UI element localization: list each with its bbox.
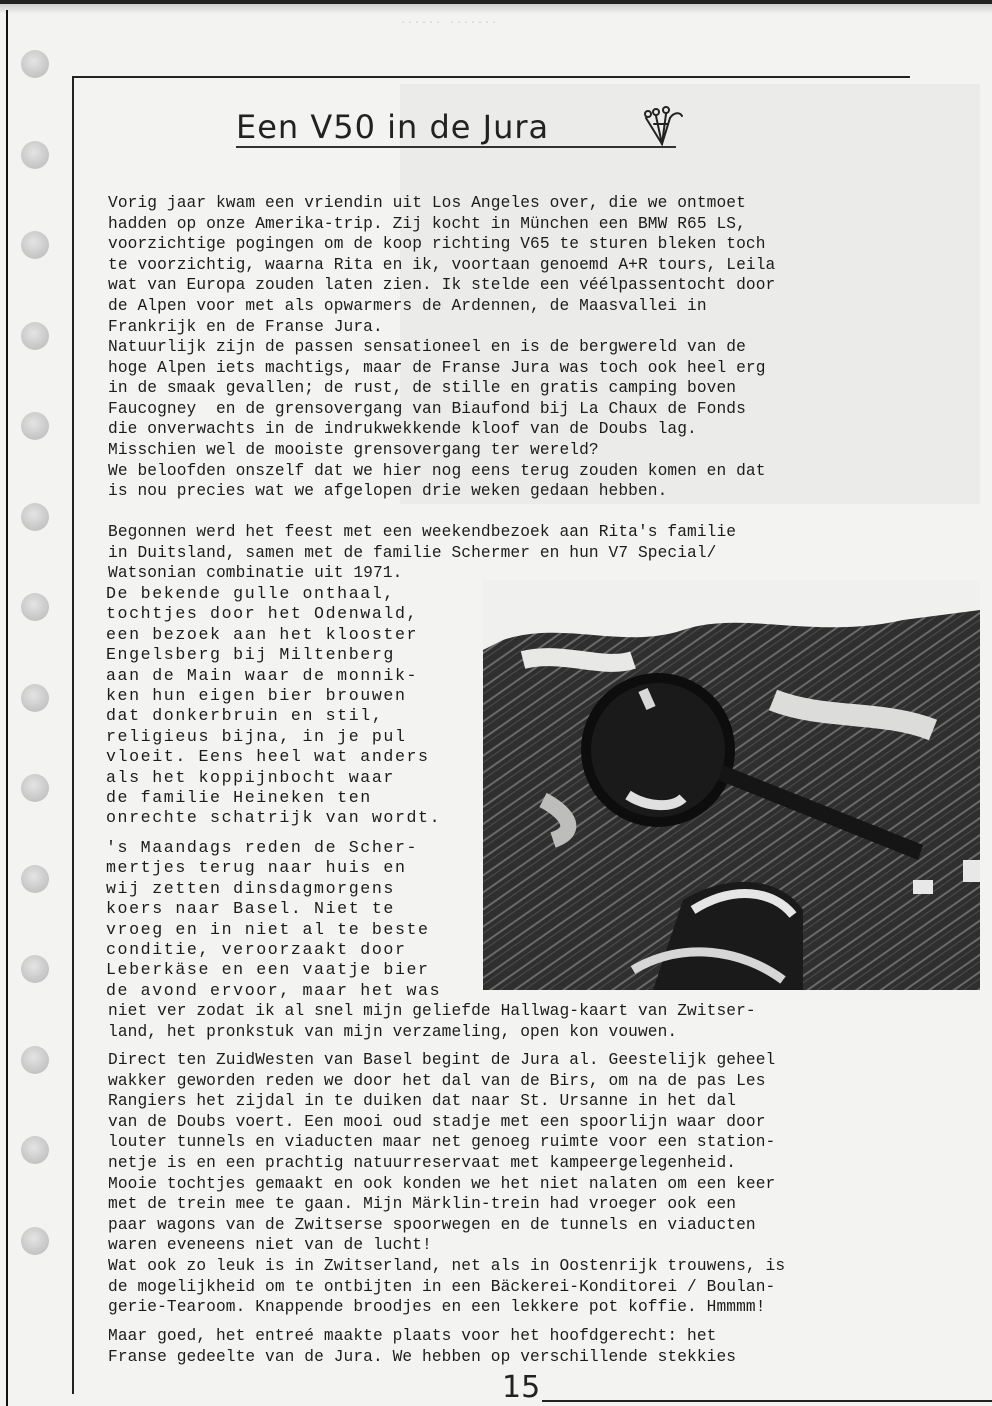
- text-line: Natuurlijk zijn de passen sensationeel e…: [108, 337, 766, 358]
- text-line: de avond ervoor, maar het was: [106, 981, 441, 1001]
- binder-hole: [21, 1046, 49, 1074]
- text-line: hoge Alpen iets machtigs, maar de Franse…: [108, 358, 766, 379]
- text-line: Wat ook zo leuk is in Zwitserland, net a…: [108, 1256, 785, 1277]
- text-line: Mooie tochtjes gemaakt en ook konden we …: [108, 1174, 785, 1195]
- text-line: hadden op onze Amerika-trip. Zij kocht i…: [108, 214, 775, 235]
- text-line: aan de Main waar de monnik-: [106, 666, 441, 686]
- text-line: conditie, veroorzaakt door: [106, 940, 441, 960]
- binder-hole: [21, 50, 49, 78]
- text-line: mertjes terug naar huis en: [106, 858, 441, 878]
- text-line: in de smaak gevallen; de rust, de stille…: [108, 378, 766, 399]
- text-line: de familie Heineken ten: [106, 788, 441, 808]
- text-line: Frankrijk en de Franse Jura.: [108, 317, 775, 338]
- paragraph-intro: Vorig jaar kwam een vriendin uit Los Ang…: [108, 193, 775, 337]
- frame-left-rule: [72, 76, 74, 1394]
- text-line: wat van Europa zouden laten zien. Ik ste…: [108, 275, 775, 296]
- page-number: 15: [502, 1370, 540, 1405]
- paragraph-main-course: Maar goed, het entreé maakte plaats voor…: [108, 1326, 736, 1367]
- text-line: gerie-Tearoom. Knappende broodjes en een…: [108, 1297, 785, 1318]
- column-text-family-visit: De bekende gulle onthaal,tochtjes door h…: [106, 584, 441, 829]
- article-title: Een V50 in de Jura: [236, 108, 549, 146]
- page-top-shadow: [0, 4, 992, 14]
- text-line: een bezoek aan het klooster: [106, 625, 441, 645]
- binder-hole: [21, 503, 49, 531]
- text-line: wakker geworden reden we door het dal va…: [108, 1071, 785, 1092]
- text-line: te voorzichtig, waarna Rita en ik, voort…: [108, 255, 775, 276]
- paragraph-passes: Natuurlijk zijn de passen sensationeel e…: [108, 337, 766, 502]
- frame-top-rule: [72, 76, 910, 78]
- text-line: land, het pronkstuk van mijn verzameling…: [108, 1022, 756, 1043]
- text-line: religieus bijna, in je pul: [106, 727, 441, 747]
- text-line: niet ver zodat ik al snel mijn geliefde …: [108, 1001, 756, 1022]
- binder-hole: [21, 684, 49, 712]
- text-line: als het koppijnbocht waar: [106, 768, 441, 788]
- paragraph-begonnen: Begonnen werd het feest met een weekendb…: [108, 522, 736, 584]
- text-line: Leberkäse en een vaatje bier: [106, 960, 441, 980]
- text-line: Maar goed, het entreé maakte plaats voor…: [108, 1326, 736, 1347]
- text-line: Direct ten ZuidWesten van Basel begint d…: [108, 1050, 785, 1071]
- text-line: 's Maandags reden de Scher-: [106, 838, 441, 858]
- paragraph-continuation: niet ver zodat ik al snel mijn geliefde …: [108, 1001, 756, 1042]
- text-line: met de trein mee te gaan. Mijn Märklin-t…: [108, 1194, 785, 1215]
- binder-hole: [21, 593, 49, 621]
- binder-hole: [21, 774, 49, 802]
- text-line: Faucogney en de grensovergang van Biaufo…: [108, 399, 766, 420]
- binder-hole: [21, 231, 49, 259]
- text-line: die onverwachts in de indrukwekkende klo…: [108, 419, 766, 440]
- text-line: koers naar Basel. Niet te: [106, 899, 441, 919]
- text-line: vloeit. Eens heel wat anders: [106, 747, 441, 767]
- text-line: Rangiers het zijdal in te duiken dat naa…: [108, 1091, 785, 1112]
- text-line: de Alpen voor met als opwarmers de Arden…: [108, 296, 775, 317]
- binder-hole: [21, 1136, 49, 1164]
- text-line: louter tunnels en viaducten maar net gen…: [108, 1132, 785, 1153]
- text-line: Begonnen werd het feest met een weekendb…: [108, 522, 736, 543]
- text-line: de mogelijkheid om te ontbijten in een B…: [108, 1277, 785, 1298]
- column-text-to-basel: 's Maandags reden de Scher-mertjes terug…: [106, 838, 441, 1001]
- text-line: in Duitsland, samen met de familie Scher…: [108, 543, 736, 564]
- binder-hole: [21, 955, 49, 983]
- text-line: waren eveneens niet van de lucht!: [108, 1235, 785, 1256]
- binder-hole: [21, 865, 49, 893]
- text-line: dat donkerbruin en stil,: [106, 706, 441, 726]
- binder-edge: [6, 10, 8, 1406]
- binder-hole: [21, 141, 49, 169]
- text-line: Franse gedeelte van de Jura. We hebben o…: [108, 1347, 736, 1368]
- text-line: Vorig jaar kwam een vriendin uit Los Ang…: [108, 193, 775, 214]
- binder-hole: [21, 412, 49, 440]
- text-line: wij zetten dinsdagmorgens: [106, 879, 441, 899]
- text-line: is nou precies wat we afgelopen drie wek…: [108, 481, 766, 502]
- text-line: vroeg en in niet al te beste: [106, 920, 441, 940]
- bleed-through-header: ...... .......: [400, 16, 498, 27]
- title-underline: [236, 146, 676, 148]
- text-line: voorzichtige pogingen om de koop richtin…: [108, 234, 775, 255]
- binder-hole: [21, 1227, 49, 1255]
- text-line: We beloofden onszelf dat we hier nog een…: [108, 461, 766, 482]
- text-line: netje is en een prachtig natuurreservaat…: [108, 1153, 785, 1174]
- paragraph-jura-switzerland: Direct ten ZuidWesten van Basel begint d…: [108, 1050, 785, 1318]
- bottom-rule: [542, 1400, 992, 1402]
- text-line: tochtjes door het Odenwald,: [106, 604, 441, 624]
- text-line: ken hun eigen bier brouwen: [106, 686, 441, 706]
- text-line: Engelsberg bij Miltenberg: [106, 645, 441, 665]
- text-line: Misschien wel de mooiste grensovergang t…: [108, 440, 766, 461]
- binder-hole: [21, 322, 49, 350]
- motorcycle-mirror-photo: [483, 580, 980, 990]
- text-line: van de Doubs voert. Een mooi oud stadje …: [108, 1112, 785, 1133]
- text-line: onrechte schatrijk van wordt.: [106, 808, 441, 828]
- flower-doodle-icon: [638, 104, 688, 152]
- text-line: De bekende gulle onthaal,: [106, 584, 441, 604]
- text-line: paar wagons van de Zwitserse spoorwegen …: [108, 1215, 785, 1236]
